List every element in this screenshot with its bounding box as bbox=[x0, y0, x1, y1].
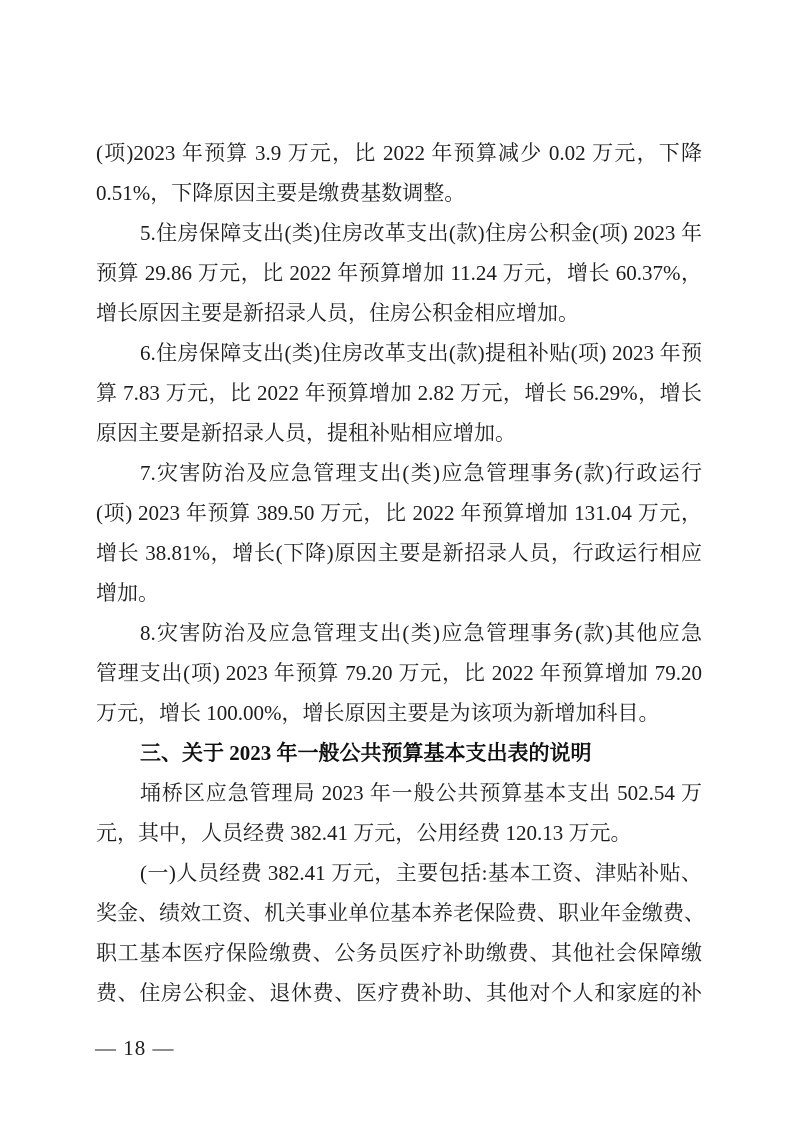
line-06: 6.住房保障支出(类)住房改革支出(款)提租补贴(项) 2023 年预 bbox=[96, 333, 702, 373]
line-14: 管理支出(项) 2023 年预算 79.20 万元，比 2022 年预算增加 7… bbox=[96, 653, 702, 693]
section-heading: 三、关于 2023 年一般公共预算基本支出表的说明 bbox=[96, 733, 702, 773]
line-10: (项) 2023 年预算 389.50 万元，比 2022 年预算增加 131.… bbox=[96, 493, 702, 533]
line-18: 元，其中，人员经费 382.41 万元，公用经费 120.13 万元。 bbox=[96, 813, 702, 853]
document-page: (项)2023 年预算 3.9 万元，比 2022 年预算减少 0.02 万元，… bbox=[0, 0, 793, 1122]
line-04: 预算 29.86 万元，比 2022 年预算增加 11.24 万元，增长 60.… bbox=[96, 253, 702, 293]
line-17: 埇桥区应急管理局 2023 年一般公共预算基本支出 502.54 万 bbox=[96, 773, 702, 813]
line-12: 增加。 bbox=[96, 573, 702, 613]
line-15: 万元，增长 100.00%，增长原因主要是为该项为新增加科目。 bbox=[96, 693, 702, 733]
line-20: 奖金、绩效工资、机关事业单位基本养老保险费、职业年金缴费、 bbox=[96, 893, 702, 933]
line-03: 5.住房保障支出(类)住房改革支出(款)住房公积金(项) 2023 年 bbox=[96, 213, 702, 253]
line-02: 0.51%，下降原因主要是缴费基数调整。 bbox=[96, 173, 702, 213]
line-13: 8.灾害防治及应急管理支出(类)应急管理事务(款)其他应急 bbox=[96, 613, 702, 653]
line-01: (项)2023 年预算 3.9 万元，比 2022 年预算减少 0.02 万元，… bbox=[96, 133, 702, 173]
line-19: (一)人员经费 382.41 万元，主要包括:基本工资、津贴补贴、 bbox=[96, 853, 702, 893]
line-05: 增长原因主要是新招录人员，住房公积金相应增加。 bbox=[96, 293, 702, 333]
line-11: 增长 38.81%，增长(下降)原因主要是新招录人员，行政运行相应 bbox=[96, 533, 702, 573]
page-number: — 18 — bbox=[95, 1036, 175, 1060]
line-21: 职工基本医疗保险缴费、公务员医疗补助缴费、其他社会保障缴 bbox=[96, 933, 702, 973]
line-22: 费、住房公积金、退休费、医疗费补助、其他对个人和家庭的补 bbox=[96, 973, 702, 1013]
line-07: 算 7.83 万元，比 2022 年预算增加 2.82 万元，增长 56.29%… bbox=[96, 373, 702, 413]
document-body: (项)2023 年预算 3.9 万元，比 2022 年预算减少 0.02 万元，… bbox=[96, 133, 702, 1013]
line-08: 原因主要是新招录人员，提租补贴相应增加。 bbox=[96, 413, 702, 453]
line-09: 7.灾害防治及应急管理支出(类)应急管理事务(款)行政运行 bbox=[96, 453, 702, 493]
